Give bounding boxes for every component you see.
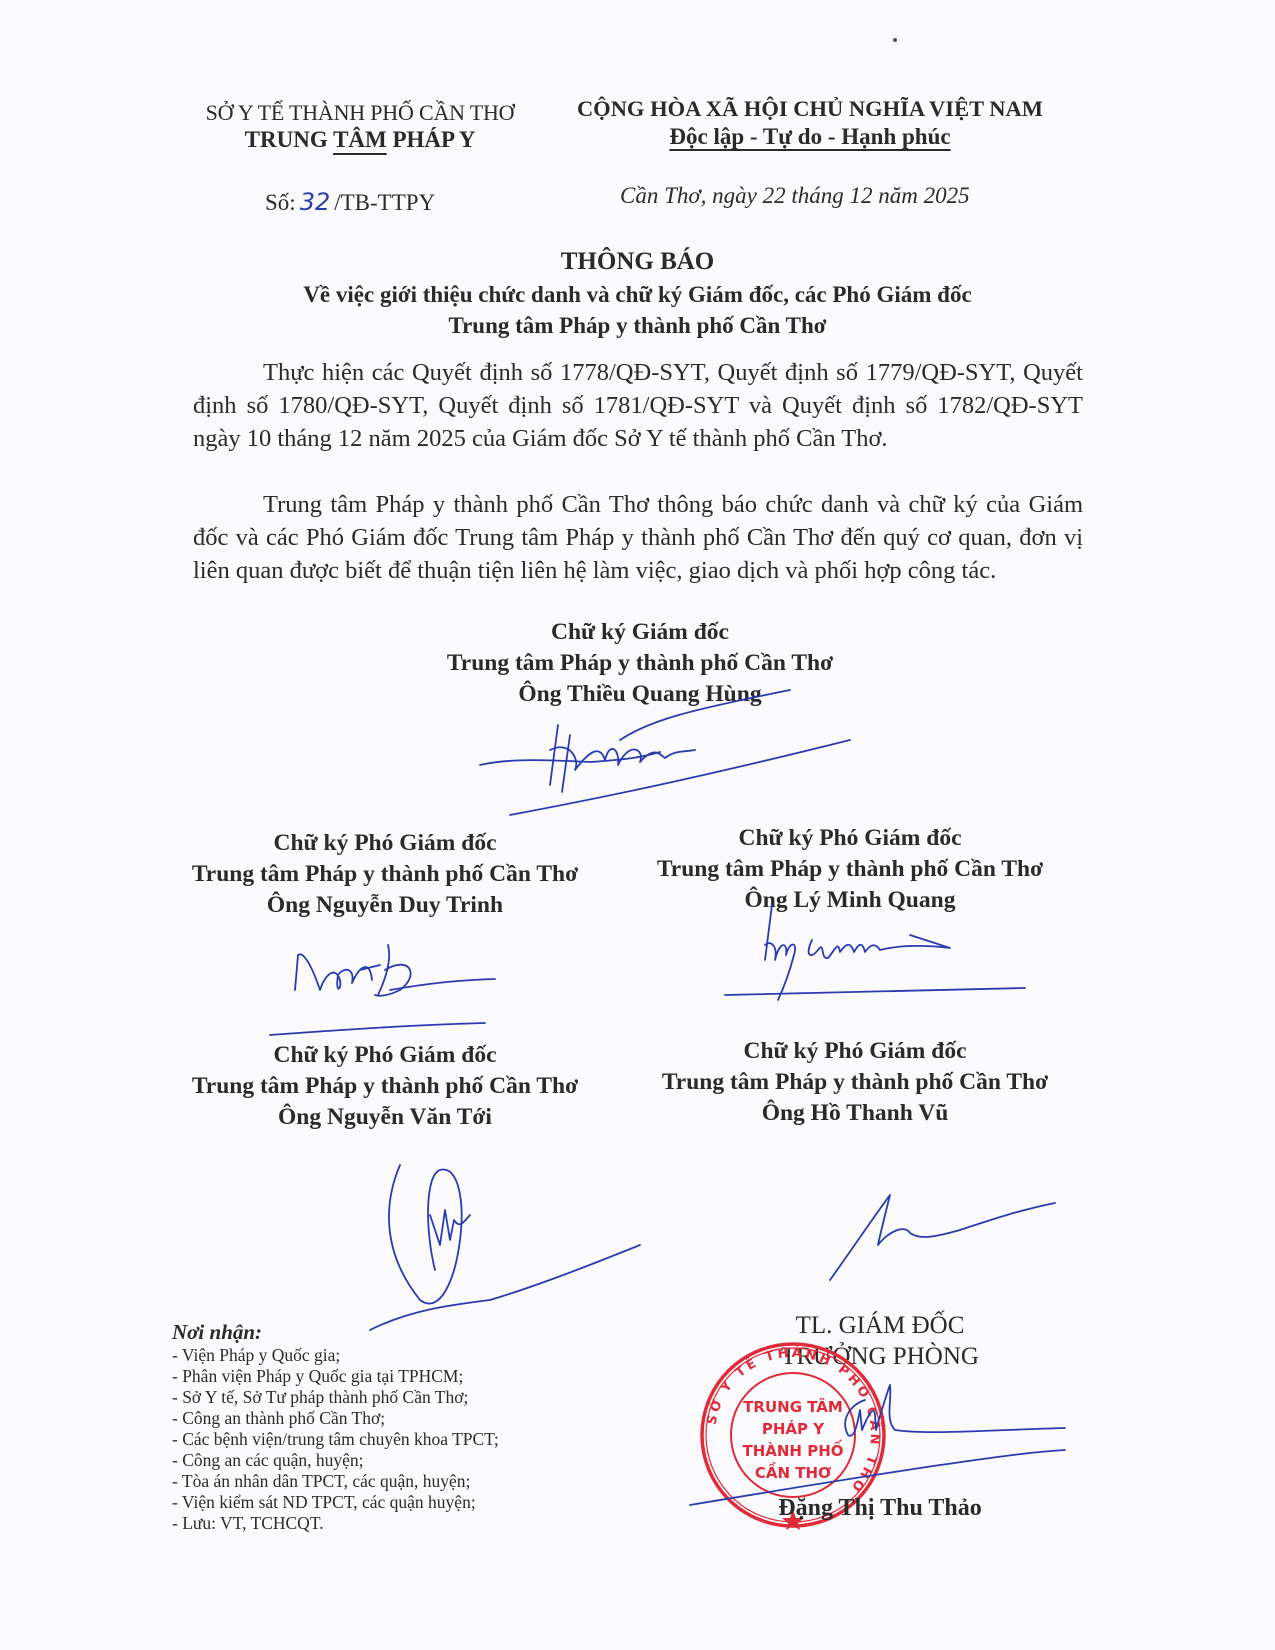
recipient-item: - Viện Pháp y Quốc gia; (172, 1345, 499, 1366)
recipient-item: - Các bệnh viện/trung tâm chuyên khoa TP… (172, 1429, 499, 1450)
handwritten-signature-director (470, 680, 870, 830)
doc-number-suffix: /TB-TTPY (334, 190, 435, 215)
body-paragraph-1: Thực hiện các Quyết định số 1778/QĐ-SYT,… (193, 356, 1083, 455)
signature-org: Trung tâm Pháp y thành phố Cần Thơ (340, 648, 940, 679)
signature-org: Trung tâm Pháp y thành phố Cần Thơ (605, 1067, 1105, 1098)
document-number: Số:32/TB-TTPY (265, 188, 435, 216)
signature-name: Ông Nguyễn Văn Tới (135, 1102, 635, 1133)
signature-role: Chữ ký Giám đốc (340, 617, 940, 648)
recipient-item: - Công an các quận, huyện; (172, 1450, 499, 1471)
signer-name: Đặng Thị Thu Thảo (680, 1495, 1080, 1522)
agency-name: TRUNG TÂM PHÁP Y (180, 127, 540, 153)
recipient-item: - Viện kiểm sát ND TPCT, các quận huyện; (172, 1492, 499, 1513)
doc-number-label: Số: (265, 190, 296, 215)
body-paragraph-2: Trung tâm Pháp y thành phố Cần Thơ thông… (193, 488, 1083, 587)
signature-org: Trung tâm Pháp y thành phố Cần Thơ (600, 854, 1100, 885)
signature-role: Chữ ký Phó Giám đốc (135, 1040, 635, 1071)
handwritten-signature-deputy-3 (370, 1160, 650, 1340)
signature-role: Chữ ký Phó Giám đốc (135, 828, 635, 859)
recipient-item: - Lưu: VT, TCHCQT. (172, 1513, 499, 1534)
handwritten-signature-deputy-4 (830, 1185, 1080, 1295)
signer-title-line-1: TL. GIÁM ĐỐC (680, 1310, 1080, 1341)
signature-role: Chữ ký Phó Giám đốc (605, 1036, 1105, 1067)
signature-block-deputy-1: Chữ ký Phó Giám đốc Trung tâm Pháp y thà… (135, 828, 635, 921)
parent-agency: SỞ Y TẾ THÀNH PHỐ CẦN THƠ (180, 100, 540, 126)
motto: Độc lập - Tự do - Hạnh phúc (560, 124, 1060, 150)
agency-name-underlined: TÂM (333, 127, 387, 152)
agency-name-part: PHÁP Y (387, 127, 476, 152)
recipient-item: - Sở Y tế, Sở Tư pháp thành phố Cần Thơ; (172, 1387, 499, 1408)
recipient-item: - Công an thành phố Cần Thơ; (172, 1408, 499, 1429)
recipients-heading: Nơi nhận: (172, 1322, 499, 1343)
subject-line-1: Về việc giới thiệu chức danh và chữ ký G… (0, 279, 1275, 310)
handwritten-signature-deputy-2 (750, 900, 1070, 1050)
signature-block-deputy-4: Chữ ký Phó Giám đốc Trung tâm Pháp y thà… (605, 1036, 1105, 1129)
place-date: Cần Thơ, ngày 22 tháng 12 năm 2025 (620, 183, 970, 209)
document-subject: Về việc giới thiệu chức danh và chữ ký G… (0, 279, 1275, 341)
doc-number-handwritten: 32 (300, 188, 331, 216)
document-title: THÔNG BÁO (0, 248, 1275, 276)
recipient-item: - Tòa án nhân dân TPCT, các quận, huyện; (172, 1471, 499, 1492)
recipients-list: Nơi nhận: - Viện Pháp y Quốc gia; - Phân… (172, 1322, 499, 1534)
recipient-item: - Phân viện Pháp y Quốc gia tại TPHCM; (172, 1366, 499, 1387)
signature-name: Ông Hồ Thanh Vũ (605, 1098, 1105, 1129)
agency-name-part: TRUNG (245, 127, 333, 152)
signature-org: Trung tâm Pháp y thành phố Cần Thơ (135, 1071, 635, 1102)
signature-name: Ông Nguyễn Duy Trinh (135, 890, 635, 921)
signature-role: Chữ ký Phó Giám đốc (600, 823, 1100, 854)
national-motto: CỘNG HÒA XÃ HỘI CHỦ NGHĨA VIỆT NAM Độc l… (560, 96, 1060, 150)
signature-org: Trung tâm Pháp y thành phố Cần Thơ (135, 859, 635, 890)
issuing-agency: SỞ Y TẾ THÀNH PHỐ CẦN THƠ TRUNG TÂM PHÁP… (180, 100, 540, 153)
subject-line-2: Trung tâm Pháp y thành phố Cần Thơ (0, 310, 1275, 341)
signature-block-deputy-3: Chữ ký Phó Giám đốc Trung tâm Pháp y thà… (135, 1040, 635, 1133)
scan-speck (893, 38, 897, 42)
country-name: CỘNG HÒA XÃ HỘI CHỦ NGHĨA VIỆT NAM (560, 96, 1060, 122)
handwritten-signature-deputy-1 (280, 935, 520, 1045)
